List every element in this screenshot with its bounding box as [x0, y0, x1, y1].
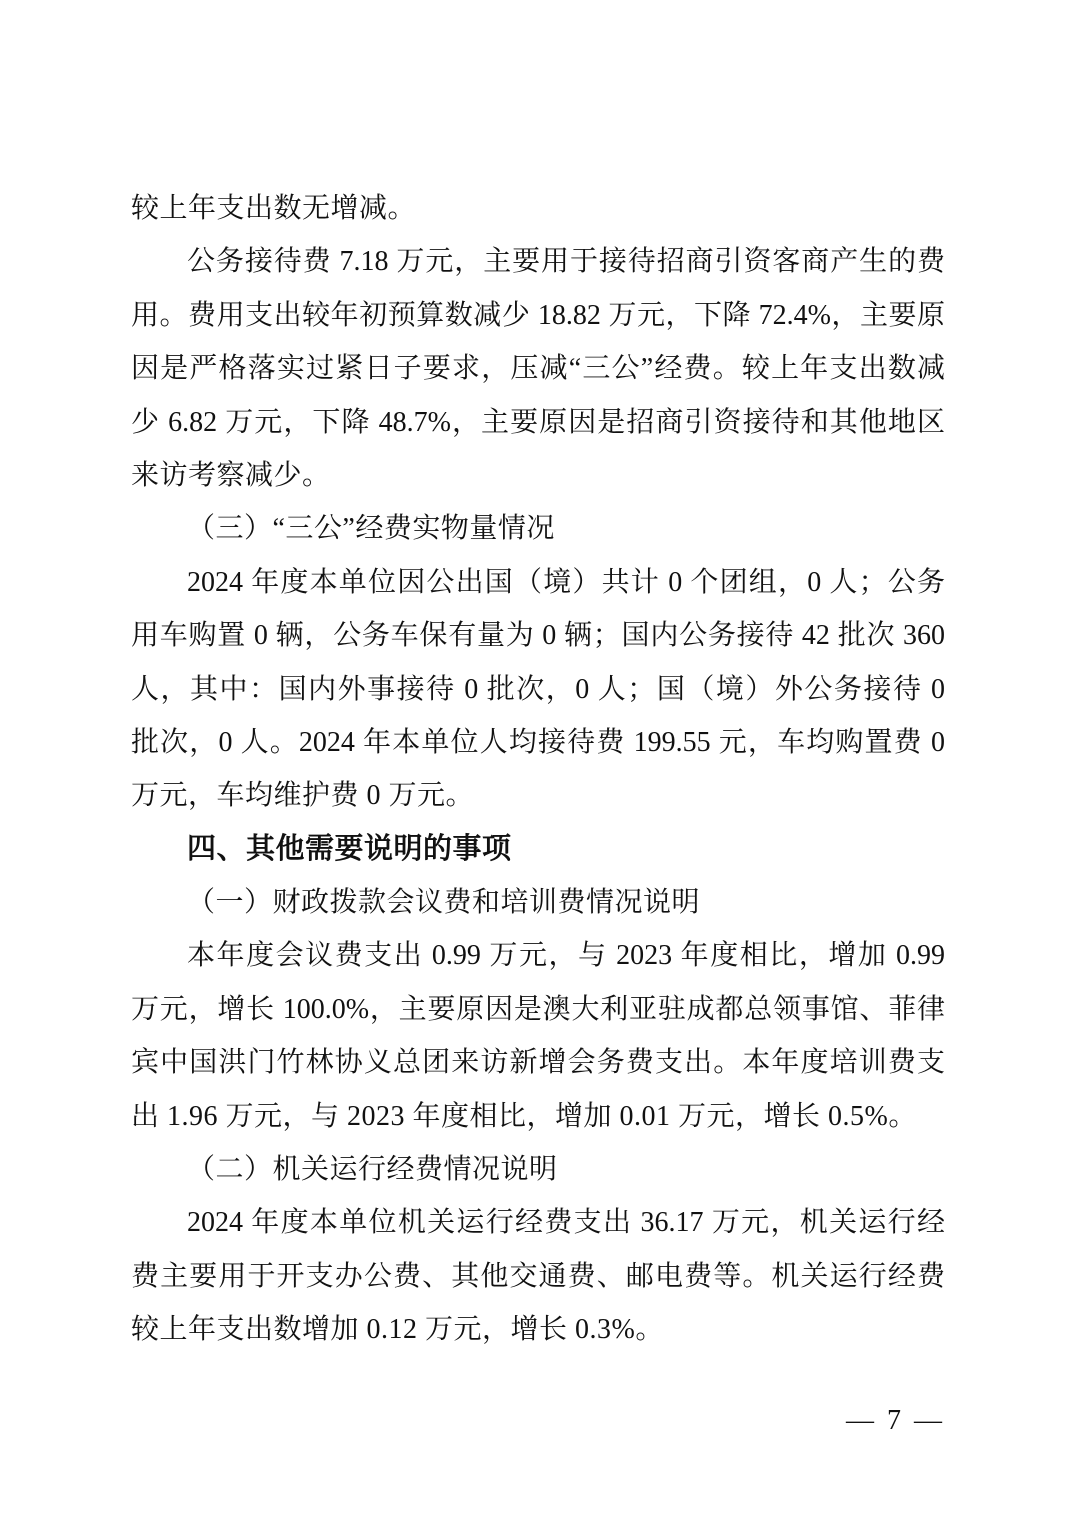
page-number: — 7 —: [846, 1405, 945, 1437]
subsection-heading-two: （二）机关运行经费情况说明: [131, 1143, 945, 1196]
text-line: 宾中国洪门竹林协义总团来访新增会务费支出。本年度培训费支: [131, 1036, 945, 1089]
text-line: 用车购置 0 辆，公务车保有量为 0 辆；国内公务接待 42 批次 360: [131, 609, 945, 662]
text-line: 公务接待费 7.18 万元，主要用于接待招商引资客商产生的费: [131, 235, 945, 288]
text-line: 因是严格落实过紧日子要求，压减“三公”经费。较上年支出数减: [131, 342, 945, 395]
text-line: 万元，增长 100.0%，主要原因是澳大利亚驻成都总领事馆、菲律: [131, 983, 945, 1036]
text-line: 来访考察减少。: [131, 449, 945, 502]
text-line: 较上年支出数增加 0.12 万元，增长 0.3%。: [131, 1303, 945, 1356]
section-heading-four: 四、其他需要说明的事项: [131, 823, 945, 876]
text-line: 本年度会议费支出 0.99 万元，与 2023 年度相比，增加 0.99: [131, 929, 945, 982]
text-line: 人，其中：国内外事接待 0 批次，0 人；国（境）外公务接待 0: [131, 663, 945, 716]
text-line: 较上年支出数无增减。: [131, 182, 945, 235]
text-line: 出 1.96 万元，与 2023 年度相比，增加 0.01 万元，增长 0.5%…: [131, 1090, 945, 1143]
text-line: 万元，车均维护费 0 万元。: [131, 769, 945, 822]
document-page: 较上年支出数无增减。 公务接待费 7.18 万元，主要用于接待招商引资客商产生的…: [0, 0, 1075, 1520]
text-line: 用。费用支出较年初预算数减少 18.82 万元，下降 72.4%，主要原: [131, 289, 945, 342]
document-text-block: 较上年支出数无增减。 公务接待费 7.18 万元，主要用于接待招商引资客商产生的…: [131, 182, 945, 1357]
text-line: 少 6.82 万元，下降 48.7%，主要原因是招商引资接待和其他地区: [131, 396, 945, 449]
subsection-heading-three: （三）“三公”经费实物量情况: [131, 502, 945, 555]
text-line: 2024 年度本单位机关运行经费支出 36.17 万元，机关运行经: [131, 1196, 945, 1249]
text-line: 2024 年度本单位因公出国（境）共计 0 个团组，0 人；公务: [131, 556, 945, 609]
subsection-heading-one: （一）财政拨款会议费和培训费情况说明: [131, 876, 945, 929]
text-line: 批次，0 人。2024 年本单位人均接待费 199.55 元，车均购置费 0: [131, 716, 945, 769]
text-line: 费主要用于开支办公费、其他交通费、邮电费等。机关运行经费: [131, 1250, 945, 1303]
